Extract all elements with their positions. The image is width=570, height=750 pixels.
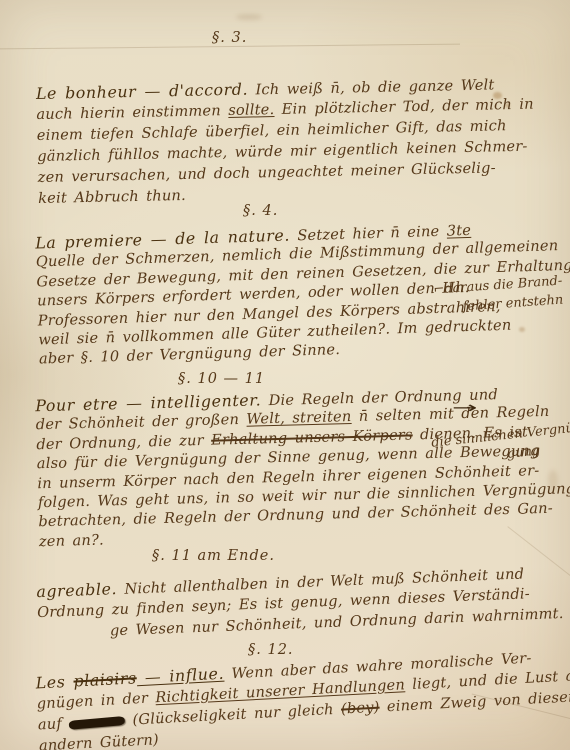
ink-stain	[519, 327, 525, 332]
struck-text: (bey)	[341, 699, 380, 718]
section-heading-4: §. 4.	[243, 203, 278, 219]
margin-note-brand: ⌐daraus die Brand- fehler entstehn	[433, 272, 564, 319]
section-heading-12: §. 12.	[248, 642, 294, 658]
paper-smudge	[236, 14, 262, 20]
margin-arrow-icon: →	[452, 398, 477, 417]
manuscript-page: §. 3. Le bonheur — d'accord. Ich weiß n̄…	[0, 0, 570, 750]
paragraph-les-plaisirs: Les plaisirs — influe. Wenn aber das wah…	[35, 648, 517, 750]
paragraph-le-bonheur: Le bonheur — d'accord. Ich weiß n̄, ob d…	[36, 73, 517, 209]
section-heading-3: §. 3.	[212, 30, 247, 46]
section-heading-11: §. 11 am Ende.	[152, 548, 275, 564]
paragraph-agreable: agreable. Nicht allenthalben in der Welt…	[36, 563, 516, 644]
headword-agreable: agreable.	[36, 579, 117, 601]
section-heading-10-11: §. 10 — 11	[178, 371, 265, 387]
ink-blot	[69, 715, 126, 729]
struck-text: plaisirs	[73, 668, 137, 690]
